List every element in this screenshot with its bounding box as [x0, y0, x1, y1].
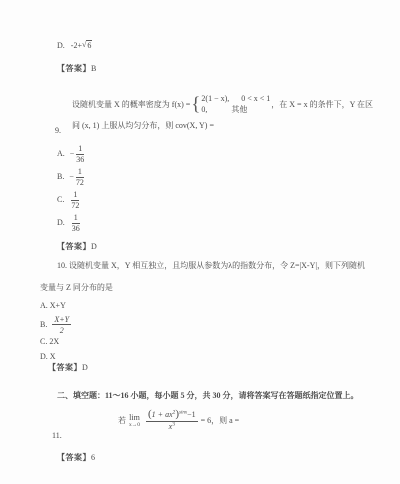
lim-subscript: x→0: [129, 423, 140, 429]
option-row-a: A. − 136: [57, 145, 86, 163]
fraction: X+Y2: [52, 315, 71, 335]
piecewise-row-1: 2(1 − x), 0 < x < 1: [201, 94, 270, 105]
question-9-line1: 设随机变量 X 的概率密度为 f(x) = { 2(1 − x), 0 < x …: [72, 94, 373, 116]
pw-row2-cond: 其他: [231, 105, 247, 116]
question-11-answer: 【答案】6: [57, 453, 95, 463]
fraction-numerator: 1: [72, 213, 80, 224]
question-9-options: A. − 136 B. − 172 C. 172 D. 136: [57, 145, 86, 232]
option-label: B.: [57, 172, 64, 182]
q9-intro-text: 设随机变量 X 的概率密度为 f(x) =: [72, 100, 190, 110]
question-11-number: 11.: [52, 431, 62, 441]
pw-row1-cond: 0 < x < 1: [241, 94, 270, 105]
answer-label: 【答案】: [57, 242, 91, 251]
option-text: A. X+Y: [40, 301, 66, 310]
fraction: 136: [72, 213, 80, 233]
fraction-denominator: 72: [76, 178, 84, 188]
answer-value: B: [91, 64, 96, 73]
limit-operator: lim x→0: [129, 414, 140, 429]
question-11-formula: 若 lim x→0 (1 + ax2)sinx−1 x3 = 6，则 a =: [118, 400, 239, 442]
piecewise-row-2: 0, 其他: [201, 105, 270, 116]
fraction-numerator: 1: [76, 167, 84, 178]
fraction-numerator: X+Y: [52, 315, 71, 326]
q9-after-piecewise-text: ，在 X = x 的条件下，Y 在区: [271, 100, 373, 110]
outer-exponent: sinx: [179, 411, 187, 416]
option-row-c: C. 172: [57, 191, 86, 209]
prev-option-d-value: -2+√6: [71, 40, 93, 51]
fraction: 172: [76, 167, 84, 187]
sqrt-radicand: 6: [86, 40, 92, 51]
answer-value: D: [91, 242, 97, 251]
question-10-options: A. X+Y B. X+Y2 C. 2X D. X: [40, 301, 73, 362]
fraction-denominator: 36: [72, 224, 80, 234]
option-row-c: C. 2X: [40, 337, 73, 347]
fraction-denominator: 36: [76, 155, 84, 165]
question-9-answer: 【答案】D: [57, 242, 97, 252]
option-row-a: A. X+Y: [40, 301, 73, 311]
q11-prefix-text: 若: [118, 416, 126, 426]
denominator-exponent: 3: [172, 422, 175, 428]
exam-answer-page: D. -2+√6 【答案】B 设随机变量 X 的概率密度为 f(x) = { 2…: [0, 0, 400, 484]
option-text: C. 2X: [40, 337, 59, 346]
numerator-base: 1 + ax: [152, 410, 173, 419]
fraction-denominator: 72: [71, 201, 79, 211]
option-value: − 136: [70, 144, 87, 164]
answer-value: 6: [91, 453, 95, 462]
answer-label: 【答案】: [48, 363, 82, 372]
q9-line2-text: 间 (x, 1) 上服从均匀分布，则 cov(X, Y) =: [72, 121, 214, 130]
answer-label: 【答案】: [57, 64, 91, 73]
option-row-b: B. − 172: [57, 168, 86, 186]
option-row-b: B. X+Y2: [40, 315, 73, 334]
minus-sign: −: [70, 149, 75, 159]
piecewise-function: { 2(1 − x), 0 < x < 1 0, 其他: [191, 94, 270, 116]
brace-glyph: {: [191, 96, 200, 113]
answer-label: 【答案】: [57, 453, 91, 462]
option-text: D. X: [40, 352, 56, 361]
prev-answer: 【答案】B: [57, 64, 96, 74]
option-value: 136: [70, 213, 82, 233]
sqrt-expression: √6: [82, 40, 92, 51]
fraction: 136: [76, 144, 84, 164]
fraction-numerator: 1: [76, 144, 84, 155]
fraction-denominator: 2: [60, 325, 64, 335]
question-10-line1: 10. 设随机变量 X，Y 相互独立，且均服从参数为λ的指数分布，令 Z=|X-…: [57, 261, 365, 271]
numerator-tail: −1: [187, 410, 196, 419]
option-row-d: D. 136: [57, 214, 86, 232]
fraction: 172: [71, 190, 79, 210]
question-10-answer: 【答案】D: [48, 363, 88, 373]
option-row-d: D. X: [40, 352, 73, 362]
pw-row2-expr: 0,: [201, 105, 207, 116]
minus-sign: −: [69, 172, 74, 182]
option-value: 172: [69, 190, 81, 210]
pw-row1-expr: 2(1 − x),: [201, 94, 229, 105]
question-number: 11.: [52, 431, 62, 440]
option-label: A.: [57, 149, 65, 159]
option-label: D.: [57, 218, 65, 228]
fraction-denominator: x3: [169, 422, 175, 432]
option-value: − 172: [69, 167, 86, 187]
section-header-text: 二、填空题：11～16 小题，每小题 5 分，共 30 分，请将答案写在答题纸指…: [57, 391, 359, 400]
fraction: (1 + ax2)sinx−1 x3: [146, 410, 198, 431]
option-label: C.: [57, 195, 64, 205]
prev-option-d: D. -2+√6: [57, 40, 92, 51]
piecewise-rows: 2(1 − x), 0 < x < 1 0, 其他: [201, 94, 270, 116]
q11-suffix-text: = 6，则 a =: [201, 416, 240, 426]
option-label: B.: [40, 320, 47, 330]
q10-line1-text: 10. 设随机变量 X，Y 相互独立，且均服从参数为λ的指数分布，令 Z=|X-…: [57, 261, 365, 270]
prev-option-d-label: D.: [57, 41, 65, 51]
lim-text: lim: [129, 414, 140, 422]
q10-line2-text: 变量与 Z 同分布的是: [40, 283, 113, 292]
question-number: 9.: [55, 126, 61, 135]
fraction-numerator: (1 + ax2)sinx−1: [146, 410, 198, 421]
answer-value: D: [82, 363, 88, 372]
prev-option-d-prefix: -2+: [71, 41, 82, 51]
question-9-number: 9.: [55, 126, 61, 136]
question-9-line2: 间 (x, 1) 上服从均匀分布，则 cov(X, Y) =: [72, 121, 214, 131]
fraction-numerator: 1: [71, 190, 79, 201]
question-10-line2: 变量与 Z 同分布的是: [40, 283, 113, 293]
